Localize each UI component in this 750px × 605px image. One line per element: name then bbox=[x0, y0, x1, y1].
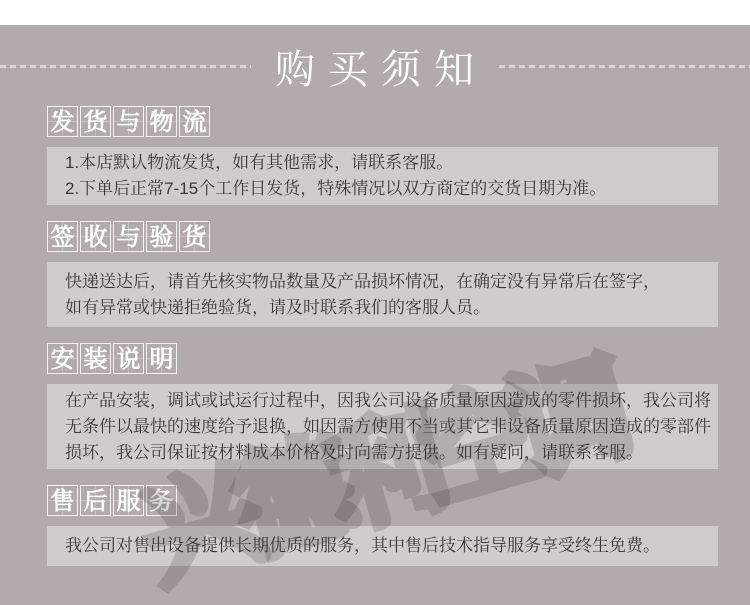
badge-char: 验 bbox=[146, 221, 177, 252]
sections-container: 发货与物流 1.本店默认物流发货，如有其他需求，请联系客服。 2.下单后正常7-… bbox=[0, 106, 750, 566]
badge-char: 说 bbox=[113, 343, 144, 374]
inspection-line-2: 如有异常或快递拒绝验货，请及时联系我们的客服人员。 bbox=[65, 295, 700, 321]
title-dash-line-left bbox=[0, 65, 251, 68]
badge-char: 售 bbox=[47, 485, 78, 516]
purchase-notice-panel: 购买须知 发货与物流 1.本店默认物流发货，如有其他需求，请联系客服。 2.下单… bbox=[0, 25, 750, 605]
title-row: 购买须知 bbox=[0, 42, 750, 90]
badge-char: 务 bbox=[146, 485, 177, 516]
installation-line-1: 在产品安装，调试或试运行过程中，因我公司设备质量原因造成的零件损坏，我公司将 bbox=[65, 388, 700, 414]
badge-char: 与 bbox=[113, 106, 144, 137]
badge-char: 收 bbox=[80, 221, 111, 252]
shipping-line-2: 2.下单后正常7-15个工作日发货，特殊情况以双方商定的交货日期为准。 bbox=[65, 176, 700, 202]
aftersales-line-1: 我公司对售出设备提供长期优质的服务，其中售后技术指导服务享受终生免费。 bbox=[65, 533, 700, 559]
section-badge-shipping: 发货与物流 bbox=[47, 106, 718, 137]
installation-line-3: 损坏，我公司保证按材料成本价格及时向需方提供。如有疑问，请联系客服。 bbox=[65, 440, 700, 466]
section-badge-installation: 安装说明 bbox=[47, 343, 718, 374]
badge-char: 货 bbox=[179, 221, 210, 252]
badge-char: 装 bbox=[80, 343, 111, 374]
badge-char: 流 bbox=[179, 106, 210, 137]
section-badge-inspection: 签收与验货 bbox=[47, 221, 718, 252]
badge-char: 服 bbox=[113, 485, 144, 516]
badge-char: 发 bbox=[47, 106, 78, 137]
inspection-line-1: 快递送达后，请首先核实物品数量及产品损坏情况，在确定没有异常后在签字， bbox=[65, 269, 700, 295]
badge-char: 安 bbox=[47, 343, 78, 374]
badge-char: 签 bbox=[47, 221, 78, 252]
section-content-aftersales: 我公司对售出设备提供长期优质的服务，其中售后技术指导服务享受终生免费。 bbox=[47, 526, 718, 566]
badge-char: 货 bbox=[80, 106, 111, 137]
badge-char: 物 bbox=[146, 106, 177, 137]
top-white-margin bbox=[0, 0, 750, 25]
section-badge-aftersales: 售后服务 bbox=[47, 485, 718, 516]
installation-line-2: 无条件以最快的速度给予退换，如因需方使用不当或其它非设备质量原因造成的零部件 bbox=[65, 414, 700, 440]
title-dash-line-right bbox=[499, 65, 750, 68]
page-title: 购买须知 bbox=[275, 38, 487, 95]
badge-char: 明 bbox=[146, 343, 177, 374]
badge-char: 后 bbox=[80, 485, 111, 516]
section-content-inspection: 快递送达后，请首先核实物品数量及产品损坏情况，在确定没有异常后在签字， 如有异常… bbox=[47, 262, 718, 327]
section-content-installation: 在产品安装，调试或试运行过程中，因我公司设备质量原因造成的零件损坏，我公司将 无… bbox=[47, 384, 718, 469]
section-content-shipping: 1.本店默认物流发货，如有其他需求，请联系客服。 2.下单后正常7-15个工作日… bbox=[47, 147, 718, 205]
badge-char: 与 bbox=[113, 221, 144, 252]
shipping-line-1: 1.本店默认物流发货，如有其他需求，请联系客服。 bbox=[65, 150, 700, 176]
